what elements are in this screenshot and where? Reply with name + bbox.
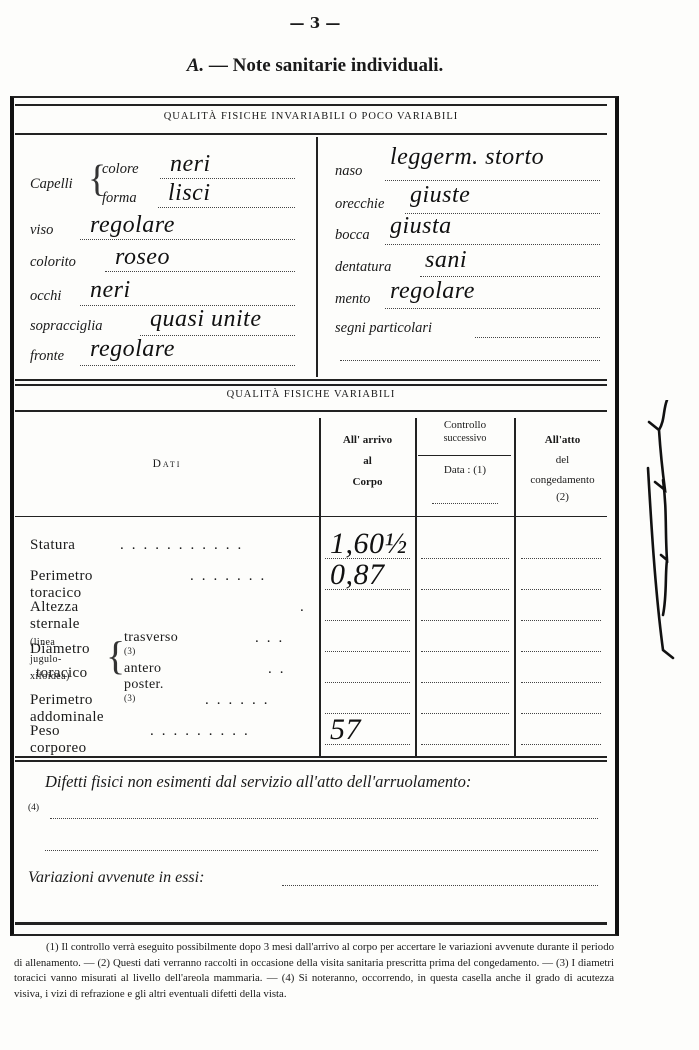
field-label-forma: forma	[102, 190, 137, 207]
arrivo-value[interactable]: 0,87	[330, 560, 385, 590]
row-label-text: Peso corporeo	[30, 723, 87, 756]
footnote-ref: (4)	[28, 803, 39, 813]
divider	[15, 516, 607, 517]
divider	[15, 756, 607, 758]
column-header-arrivo: All' arrivo al Corpo	[320, 430, 415, 493]
field-label-mento: mento	[335, 291, 370, 308]
field-line	[80, 364, 295, 366]
row-label-text: Altezza sternale	[30, 599, 80, 632]
field-label-colore: colore	[102, 161, 139, 178]
divider	[15, 384, 607, 386]
variations-label: Variazioni avvenute in essi:	[28, 869, 204, 887]
header-line: del	[515, 450, 610, 470]
row-note: (linea jugulo-xifoidea)	[30, 637, 70, 682]
row-label: Perimetro toracico	[30, 568, 93, 602]
field-line	[385, 307, 600, 309]
controllo-field[interactable]	[421, 650, 509, 652]
row-label: Peso corporeo	[30, 723, 87, 757]
row-label-text: Perimetro toracico	[30, 568, 93, 601]
field-line	[80, 238, 295, 240]
column-header-controllo-data: Data : (1)	[416, 460, 514, 481]
page-title: A. — Note sanitarie individuali.	[0, 55, 630, 77]
row-label-text: trasverso	[124, 630, 178, 645]
signature-icon	[645, 400, 675, 670]
field-label-naso: naso	[335, 163, 362, 180]
congedo-field[interactable]	[521, 557, 601, 559]
column-divider	[316, 137, 318, 377]
defects-field-line-2[interactable]	[45, 849, 598, 851]
field-value-sopracciglia[interactable]: quasi unite	[150, 307, 262, 331]
congedo-field[interactable]	[521, 681, 601, 683]
footnotes-text: (1) Il controllo verrà eseguito possibil…	[14, 940, 614, 1002]
header-line: Controllo	[416, 418, 514, 432]
header-line: successivo	[416, 432, 514, 446]
row-label: Statura	[30, 537, 75, 554]
divider	[15, 410, 607, 412]
section-variable-heading: QUALITÀ FISICHE VARIABILI	[15, 389, 607, 400]
row-label-text: Perimetro addominale	[30, 692, 104, 725]
variations-field[interactable]	[282, 884, 598, 886]
divider	[15, 133, 607, 135]
field-line	[105, 270, 295, 272]
row-label: trasverso (3)	[124, 630, 178, 665]
field-value-mento[interactable]: regolare	[390, 279, 475, 303]
field-value-dentatura[interactable]: sani	[425, 248, 467, 272]
header-line: congedamento	[515, 470, 610, 490]
brace-icon: {	[106, 636, 125, 676]
field-value-forma[interactable]: lisci	[168, 181, 211, 205]
header-line: Corpo	[320, 472, 415, 493]
row-label-text: Statura	[30, 537, 75, 553]
field-value-colore[interactable]: neri	[170, 152, 211, 176]
title-letter: A.	[187, 55, 204, 76]
controllo-field[interactable]	[421, 557, 509, 559]
field-value-occhi[interactable]: neri	[90, 278, 131, 302]
field-line	[420, 275, 600, 277]
field-value-fronte[interactable]: regolare	[90, 337, 175, 361]
row-label: antero poster. (3)	[124, 661, 164, 712]
field-value-orecchie[interactable]: giuste	[410, 183, 470, 207]
field-label-fronte: fronte	[30, 348, 64, 365]
field-label-bocca: bocca	[335, 227, 370, 244]
row-note: (3)	[124, 646, 136, 656]
row-label: Perimetro addominale	[30, 692, 104, 726]
arrivo-field-line	[325, 619, 410, 621]
field-line	[475, 336, 600, 338]
congedo-field[interactable]	[521, 588, 601, 590]
row-note: (3)	[124, 693, 136, 703]
divider	[15, 922, 607, 925]
section-invariable-heading: QUALITÀ FISICHE INVARIABILI O POCO VARIA…	[15, 111, 607, 122]
field-line	[160, 177, 295, 179]
field-line	[385, 179, 600, 181]
congedo-field[interactable]	[521, 650, 601, 652]
field-label-sopracciglia: sopracciglia	[30, 318, 103, 335]
controllo-field[interactable]	[421, 681, 509, 683]
header-line: All'atto	[515, 430, 610, 450]
field-label-dentatura: dentatura	[335, 259, 391, 276]
defects-heading: Difetti fisici non esimenti dal servizio…	[45, 772, 471, 792]
field-value-bocca[interactable]: giusta	[390, 214, 452, 238]
defects-field-line-1[interactable]	[50, 817, 598, 819]
divider	[418, 455, 511, 456]
leader-dots: .......	[190, 568, 272, 585]
column-header-dati: Dati	[15, 454, 319, 475]
leader-dots: ..	[268, 661, 292, 678]
field-label-orecchie: orecchie	[335, 196, 384, 213]
field-value-viso[interactable]: regolare	[90, 213, 175, 237]
header-line: All' arrivo	[320, 430, 415, 451]
column-header-congedo: All'atto del congedamento (2)	[515, 430, 610, 504]
field-label-viso: viso	[30, 222, 53, 239]
header-line: (2)	[515, 490, 610, 504]
page-number: — 3 —	[0, 14, 630, 32]
field-line	[385, 243, 600, 245]
arrivo-value[interactable]: 1,60½	[330, 529, 408, 559]
divider	[15, 379, 607, 381]
row-label-text: antero poster.	[124, 661, 164, 692]
leader-dots: ......	[205, 692, 276, 709]
controllo-field[interactable]	[421, 588, 509, 590]
divider	[15, 104, 607, 106]
footnotes: (1) Il controllo verrà eseguito possibil…	[14, 940, 614, 1002]
field-label-occhi: occhi	[30, 288, 61, 305]
leader-dots: ...........	[120, 537, 249, 554]
leader-dots: ...	[255, 630, 290, 647]
leader-dots: .	[300, 599, 312, 616]
arrivo-field-line	[325, 681, 410, 683]
title-text: — Note sanitarie individuali.	[209, 55, 443, 76]
field-line	[340, 359, 600, 361]
controllo-field[interactable]	[421, 619, 509, 621]
header-line: al	[320, 451, 415, 472]
column-header-controllo: Controllo successivo	[416, 418, 514, 446]
leader-dots: .........	[150, 723, 256, 740]
congedo-field[interactable]	[521, 619, 601, 621]
field-value-colorito[interactable]: roseo	[115, 245, 170, 269]
divider	[15, 760, 607, 762]
field-line	[158, 206, 295, 208]
field-label-segni-particolari: segni particolari	[335, 320, 432, 337]
congedo-field[interactable]	[521, 743, 601, 745]
arrivo-value[interactable]: 57	[330, 715, 361, 745]
arrivo-field-line	[325, 650, 410, 652]
field-value-naso[interactable]: leggerm. storto	[390, 145, 544, 169]
controllo-field[interactable]	[421, 743, 509, 745]
field-label-colorito: colorito	[30, 254, 76, 271]
capelli-label: Capelli	[30, 176, 73, 193]
congedo-field[interactable]	[521, 712, 601, 714]
controllo-field[interactable]	[421, 712, 509, 714]
row-label: Altezza sternale (linea jugulo-xifoidea)	[30, 599, 80, 684]
controllo-date-field[interactable]	[432, 502, 498, 504]
